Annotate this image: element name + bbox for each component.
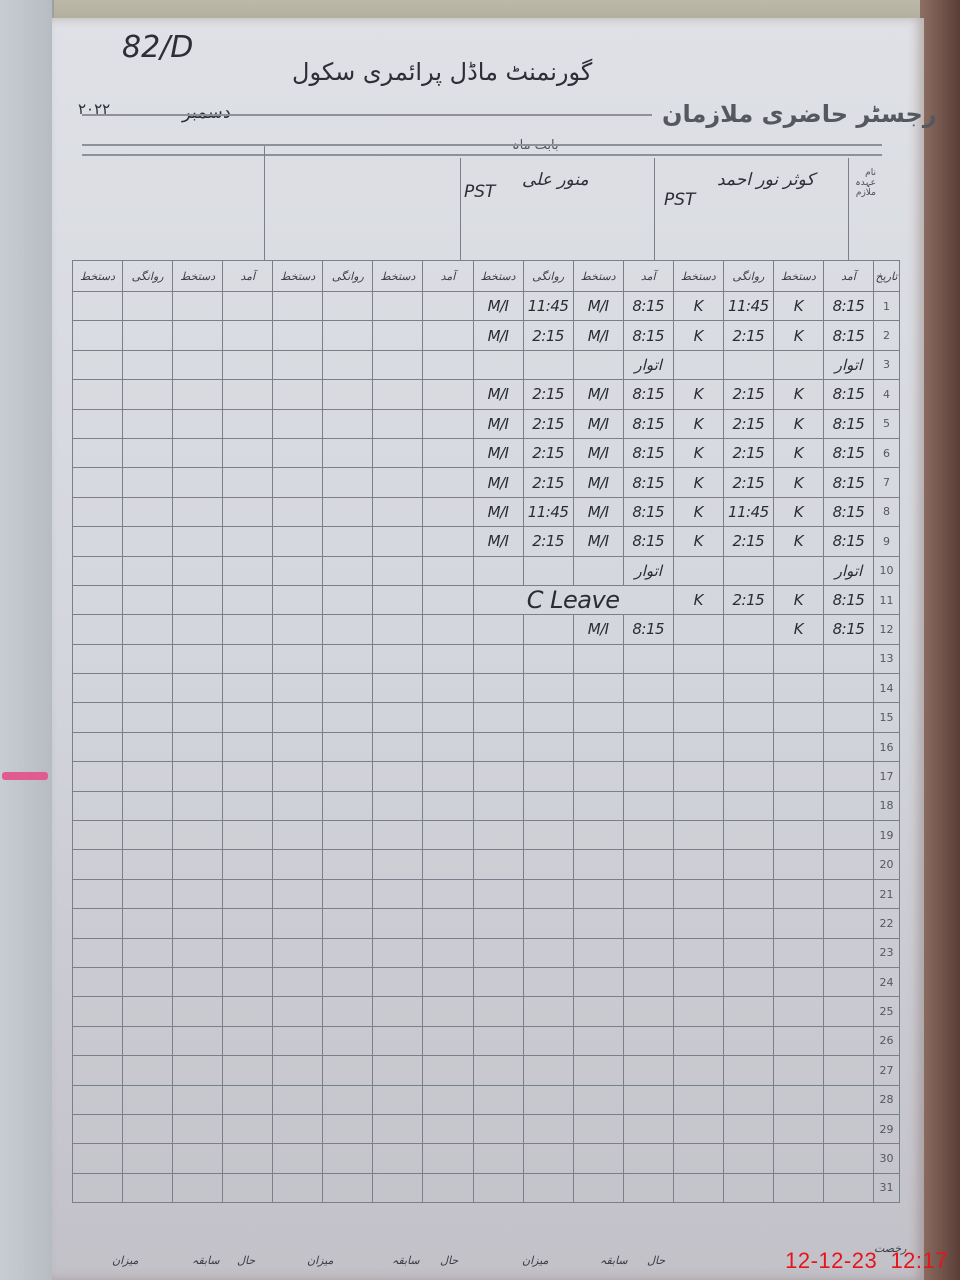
- attendance-cell: [573, 732, 623, 761]
- column-header: روانگی: [523, 261, 573, 292]
- attendance-cell: [73, 1085, 123, 1114]
- attendance-cell: [523, 1026, 573, 1055]
- attendance-cell: [223, 1114, 273, 1143]
- attendance-cell: [473, 674, 523, 703]
- attendance-cell: [323, 967, 373, 996]
- attendance-cell: 8:15: [623, 321, 673, 350]
- attendance-cell: [523, 556, 573, 585]
- attendance-cell: M/I: [573, 497, 623, 526]
- attendance-cell: [323, 468, 373, 497]
- attendance-cell: [273, 438, 323, 467]
- attendance-cell: [323, 1173, 373, 1202]
- attendance-cell: [473, 556, 523, 585]
- attendance-cell: [373, 997, 423, 1026]
- attendance-cell: 11:45: [723, 497, 773, 526]
- column-header: روانگی: [123, 261, 173, 292]
- attendance-cell: [623, 967, 673, 996]
- attendance-cell: [473, 997, 523, 1026]
- attendance-cell: [673, 821, 723, 850]
- attendance-cell: 8:15: [823, 615, 873, 644]
- attendance-cell: 2:15: [723, 585, 773, 614]
- attendance-cell: [323, 409, 373, 438]
- column-header: دستخط: [373, 261, 423, 292]
- header-divider: [460, 158, 461, 260]
- attendance-cell: [223, 644, 273, 673]
- attendance-cell: [423, 703, 473, 732]
- attendance-cell: [273, 1056, 323, 1085]
- attendance-cell: 2:15: [723, 380, 773, 409]
- attendance-cell: [573, 850, 623, 879]
- table-row: 17: [73, 762, 900, 791]
- attendance-cell: [373, 762, 423, 791]
- attendance-cell: 2:15: [523, 438, 573, 467]
- attendance-cell: [173, 762, 223, 791]
- attendance-cell: K: [673, 468, 723, 497]
- date-number: 16: [874, 732, 900, 761]
- attendance-cell: [673, 997, 723, 1026]
- attendance-cell: 8:15: [823, 292, 873, 321]
- attendance-cell: [523, 879, 573, 908]
- attendance-cell: [323, 615, 373, 644]
- attendance-cell: [173, 997, 223, 1026]
- footer-label: حال: [237, 1254, 255, 1267]
- attendance-cell: [423, 909, 473, 938]
- attendance-cell: [173, 468, 223, 497]
- attendance-cell: [323, 762, 373, 791]
- attendance-cell: [373, 938, 423, 967]
- attendance-cell: [273, 967, 323, 996]
- attendance-cell: [723, 879, 773, 908]
- attendance-cell: M/I: [473, 292, 523, 321]
- attendance-cell: [173, 850, 223, 879]
- attendance-cell: [373, 380, 423, 409]
- attendance-cell: [473, 1056, 523, 1085]
- attendance-cell: [73, 1056, 123, 1085]
- attendance-cell: [373, 967, 423, 996]
- attendance-cell: [723, 615, 773, 644]
- attendance-cell: [273, 850, 323, 879]
- attendance-cell: [323, 1056, 373, 1085]
- attendance-cell: [73, 938, 123, 967]
- attendance-cell: [173, 791, 223, 820]
- attendance-cell: [423, 527, 473, 556]
- attendance-cell: [523, 703, 573, 732]
- table-row: 18: [73, 791, 900, 820]
- attendance-cell: 8:15: [823, 585, 873, 614]
- table-row: 19: [73, 821, 900, 850]
- column-header: دستخط: [673, 261, 723, 292]
- date-number: 9: [874, 527, 900, 556]
- attendance-cell: M/I: [573, 292, 623, 321]
- attendance-cell: [423, 879, 473, 908]
- attendance-cell: [73, 615, 123, 644]
- attendance-cell: [173, 703, 223, 732]
- attendance-cell: [723, 1144, 773, 1173]
- attendance-cell: [423, 674, 473, 703]
- attendance-cell: [173, 938, 223, 967]
- attendance-cell: [373, 350, 423, 379]
- footer-label: میزان: [522, 1254, 548, 1267]
- attendance-cell: [573, 909, 623, 938]
- attendance-cell: [723, 850, 773, 879]
- column-header: دستخط: [173, 261, 223, 292]
- attendance-cell: 8:15: [823, 468, 873, 497]
- attendance-cell: [823, 762, 873, 791]
- attendance-cell: 8:15: [823, 497, 873, 526]
- attendance-cell: [673, 909, 723, 938]
- attendance-cell: [123, 938, 173, 967]
- table-row: 22: [73, 909, 900, 938]
- month-value: دسمبر: [182, 102, 231, 123]
- attendance-cell: 2:15: [523, 527, 573, 556]
- column-header: آمد: [423, 261, 473, 292]
- table-row: M/I8:15K8:1512: [73, 615, 900, 644]
- attendance-cell: [773, 1173, 823, 1202]
- table-row: اتواراتوار10: [73, 556, 900, 585]
- attendance-cell: [273, 321, 323, 350]
- attendance-cell: [73, 997, 123, 1026]
- attendance-cell: [123, 644, 173, 673]
- attendance-cell: [273, 615, 323, 644]
- column-header: آمد: [823, 261, 873, 292]
- attendance-cell: [473, 938, 523, 967]
- attendance-cell: [373, 703, 423, 732]
- attendance-cell: [323, 497, 373, 526]
- attendance-cell: M/I: [573, 409, 623, 438]
- attendance-cell: [523, 1144, 573, 1173]
- attendance-cell: 2:15: [523, 409, 573, 438]
- date-number: 17: [874, 762, 900, 791]
- attendance-cell: [223, 909, 273, 938]
- table-row: 21: [73, 879, 900, 908]
- attendance-cell: [723, 1085, 773, 1114]
- attendance-cell: [623, 1144, 673, 1173]
- header-divider: [264, 146, 265, 260]
- attendance-cell: [223, 556, 273, 585]
- attendance-cell: 8:15: [823, 380, 873, 409]
- table-row: 14: [73, 674, 900, 703]
- table-row: 20: [73, 850, 900, 879]
- date-number: 10: [874, 556, 900, 585]
- table-row: C LeaveK2:15K8:1511: [73, 585, 900, 614]
- attendance-cell: [473, 1026, 523, 1055]
- attendance-cell: [373, 879, 423, 908]
- attendance-cell: M/I: [473, 468, 523, 497]
- attendance-cell: [823, 791, 873, 820]
- attendance-cell: [473, 350, 523, 379]
- attendance-cell: [223, 732, 273, 761]
- attendance-cell: [273, 938, 323, 967]
- attendance-cell: [423, 409, 473, 438]
- attendance-cell: [423, 1173, 473, 1202]
- attendance-cell: K: [773, 585, 823, 614]
- attendance-cell: [273, 1114, 323, 1143]
- attendance-cell: [473, 703, 523, 732]
- attendance-cell: [573, 997, 623, 1026]
- attendance-cell: [723, 762, 773, 791]
- attendance-cell: 2:15: [723, 438, 773, 467]
- attendance-cell: [323, 997, 373, 1026]
- attendance-cell: [423, 380, 473, 409]
- attendance-cell: [423, 497, 473, 526]
- attendance-cell: [673, 350, 723, 379]
- date-number: 8: [874, 497, 900, 526]
- attendance-cell: [323, 703, 373, 732]
- attendance-cell: [323, 909, 373, 938]
- attendance-cell: [123, 292, 173, 321]
- attendance-cell: [573, 821, 623, 850]
- camera-timestamp: 12-12-23 12:17: [785, 1248, 948, 1274]
- attendance-cell: [223, 1085, 273, 1114]
- table-row: M/I2:15M/I8:15K2:15K8:155: [73, 409, 900, 438]
- attendance-cell: [73, 850, 123, 879]
- attendance-cell: K: [773, 468, 823, 497]
- attendance-cell: [73, 350, 123, 379]
- attendance-cell: [173, 321, 223, 350]
- attendance-cell: [423, 1056, 473, 1085]
- attendance-cell: [673, 615, 723, 644]
- attendance-cell: [173, 879, 223, 908]
- attendance-cell: [173, 732, 223, 761]
- attendance-cell: [373, 527, 423, 556]
- attendance-cell: [123, 1114, 173, 1143]
- attendance-cell: [423, 1114, 473, 1143]
- attendance-cell: [373, 1056, 423, 1085]
- attendance-cell: [323, 821, 373, 850]
- attendance-cell: M/I: [573, 321, 623, 350]
- attendance-cell: [573, 1114, 623, 1143]
- attendance-cell: [423, 321, 473, 350]
- attendance-cell: [223, 703, 273, 732]
- table-row: M/I11:45M/I8:15K11:45K8:151: [73, 292, 900, 321]
- attendance-cell: [123, 732, 173, 761]
- date-number: 27: [874, 1056, 900, 1085]
- attendance-cell: K: [773, 380, 823, 409]
- date-number: 7: [874, 468, 900, 497]
- attendance-cell: [173, 438, 223, 467]
- attendance-cell: [673, 1114, 723, 1143]
- attendance-cell: [673, 1085, 723, 1114]
- attendance-cell: [323, 1026, 373, 1055]
- attendance-cell: [173, 967, 223, 996]
- attendance-cell: [573, 762, 623, 791]
- attendance-cell: [123, 703, 173, 732]
- attendance-cell: [573, 879, 623, 908]
- attendance-cell: [123, 409, 173, 438]
- attendance-cell: [223, 674, 273, 703]
- attendance-cell: [823, 1173, 873, 1202]
- attendance-cell: [273, 703, 323, 732]
- attendance-cell: [223, 585, 273, 614]
- attendance-cell: [573, 703, 623, 732]
- attendance-cell: [723, 909, 773, 938]
- attendance-cell: [773, 556, 823, 585]
- attendance-cell: [523, 967, 573, 996]
- attendance-cell: [523, 997, 573, 1026]
- attendance-cell: [723, 674, 773, 703]
- attendance-cell: [123, 1026, 173, 1055]
- attendance-cell: [373, 585, 423, 614]
- attendance-cell: [773, 674, 823, 703]
- attendance-cell: [123, 380, 173, 409]
- attendance-cell: K: [673, 321, 723, 350]
- column-header: دستخط: [473, 261, 523, 292]
- attendance-cell: [223, 409, 273, 438]
- attendance-cell: [623, 1085, 673, 1114]
- attendance-cell: [723, 997, 773, 1026]
- date-number: 1: [874, 292, 900, 321]
- attendance-cell: [673, 938, 723, 967]
- attendance-cell: [673, 1144, 723, 1173]
- attendance-cell: [323, 438, 373, 467]
- attendance-cell: [223, 1056, 273, 1085]
- attendance-cell: [73, 762, 123, 791]
- attendance-cell: [223, 938, 273, 967]
- attendance-cell: [473, 1144, 523, 1173]
- attendance-cell: [573, 791, 623, 820]
- table-row: M/I2:15M/I8:15K2:15K8:159: [73, 527, 900, 556]
- attendance-cell: [73, 732, 123, 761]
- table-row: 30: [73, 1144, 900, 1173]
- attendance-cell: [473, 1173, 523, 1202]
- attendance-cell: [673, 1056, 723, 1085]
- attendance-cell: [173, 1114, 223, 1143]
- attendance-cell: [273, 1085, 323, 1114]
- attendance-cell: [773, 1144, 823, 1173]
- attendance-cell: [423, 762, 473, 791]
- attendance-cell: [473, 879, 523, 908]
- attendance-cell: [823, 1026, 873, 1055]
- attendance-cell: [73, 527, 123, 556]
- school-name: گورنمنٹ ماڈل پرائمری سکول: [292, 58, 592, 86]
- attendance-cell: [523, 1056, 573, 1085]
- footer-label: میزان: [307, 1254, 333, 1267]
- attendance-cell: [273, 674, 323, 703]
- attendance-cell: [373, 850, 423, 879]
- footer-label: میزان: [112, 1254, 138, 1267]
- attendance-cell: [323, 1114, 373, 1143]
- attendance-cell: [373, 556, 423, 585]
- facing-page-edge: [0, 0, 54, 1280]
- attendance-cell: M/I: [573, 438, 623, 467]
- attendance-cell: [473, 909, 523, 938]
- attendance-cell: [123, 1173, 173, 1202]
- table-row: M/I2:15M/I8:15K2:15K8:154: [73, 380, 900, 409]
- table-row: 27: [73, 1056, 900, 1085]
- attendance-cell: [673, 556, 723, 585]
- attendance-cell: [423, 1085, 473, 1114]
- table-row: 26: [73, 1026, 900, 1055]
- attendance-cell: [123, 1144, 173, 1173]
- attendance-cell: [273, 527, 323, 556]
- attendance-cell: [473, 967, 523, 996]
- attendance-cell: [273, 1026, 323, 1055]
- attendance-cell: [73, 468, 123, 497]
- attendance-cell: [123, 967, 173, 996]
- attendance-cell: [573, 1026, 623, 1055]
- attendance-cell: [173, 674, 223, 703]
- attendance-cell: [273, 409, 323, 438]
- column-header-row: دستخطروانگیدستخطآمددستخطروانگیدستخطآمددس…: [73, 261, 900, 292]
- attendance-cell: [423, 556, 473, 585]
- attendance-cell: [723, 821, 773, 850]
- table-row: M/I2:15M/I8:15K2:15K8:156: [73, 438, 900, 467]
- attendance-cell: 8:15: [623, 380, 673, 409]
- attendance-cell: [773, 791, 823, 820]
- attendance-cell: [423, 791, 473, 820]
- attendance-cell: [623, 1056, 673, 1085]
- attendance-cell: [823, 1114, 873, 1143]
- attendance-cell: [773, 821, 823, 850]
- attendance-cell: [373, 1173, 423, 1202]
- attendance-cell: M/I: [473, 497, 523, 526]
- column-header: روانگی: [723, 261, 773, 292]
- attendance-cell: [273, 380, 323, 409]
- attendance-cell: [223, 380, 273, 409]
- attendance-cell: [73, 380, 123, 409]
- attendance-cell: [573, 1056, 623, 1085]
- attendance-cell: 8:15: [623, 409, 673, 438]
- table-row: M/I11:45M/I8:15K11:45K8:158: [73, 497, 900, 526]
- attendance-cell: [473, 732, 523, 761]
- attendance-cell: [123, 879, 173, 908]
- footer-label: سابقہ: [392, 1254, 420, 1267]
- attendance-cell: [473, 615, 523, 644]
- attendance-cell: [123, 556, 173, 585]
- attendance-cell: [173, 821, 223, 850]
- attendance-cell: [173, 1056, 223, 1085]
- attendance-cell: [723, 1173, 773, 1202]
- attendance-cell: K: [673, 497, 723, 526]
- attendance-cell: [423, 438, 473, 467]
- column-header: روانگی: [323, 261, 373, 292]
- attendance-cell: [173, 527, 223, 556]
- date-number: 14: [874, 674, 900, 703]
- register-title: رجسٹر حاضری ملازمان: [662, 100, 937, 128]
- attendance-cell: [223, 321, 273, 350]
- attendance-cell: [323, 732, 373, 761]
- column-header: آمد: [623, 261, 673, 292]
- attendance-cell: M/I: [473, 321, 523, 350]
- attendance-cell: [823, 732, 873, 761]
- date-number: 13: [874, 644, 900, 673]
- date-number: 3: [874, 350, 900, 379]
- attendance-cell: [323, 527, 373, 556]
- attendance-cell: 8:15: [623, 615, 673, 644]
- stamp-date: 12-12-23: [785, 1248, 877, 1273]
- date-number: 20: [874, 850, 900, 879]
- attendance-cell: [173, 1085, 223, 1114]
- attendance-cell: [73, 438, 123, 467]
- attendance-cell: [573, 1144, 623, 1173]
- attendance-cell: [123, 585, 173, 614]
- attendance-cell: [173, 615, 223, 644]
- attendance-cell: [273, 585, 323, 614]
- attendance-cell: [623, 879, 673, 908]
- attendance-cell: 8:15: [623, 468, 673, 497]
- attendance-cell: [223, 615, 273, 644]
- attendance-cell: [323, 879, 373, 908]
- table-row: M/I2:15M/I8:15K2:15K8:152: [73, 321, 900, 350]
- attendance-cell: [673, 1026, 723, 1055]
- attendance-cell: [223, 967, 273, 996]
- attendance-cell: 8:15: [823, 438, 873, 467]
- attendance-cell: [73, 556, 123, 585]
- attendance-cell: [73, 879, 123, 908]
- attendance-cell: اتوار: [623, 350, 673, 379]
- attendance-cell: 11:45: [723, 292, 773, 321]
- table-row: 25: [73, 997, 900, 1026]
